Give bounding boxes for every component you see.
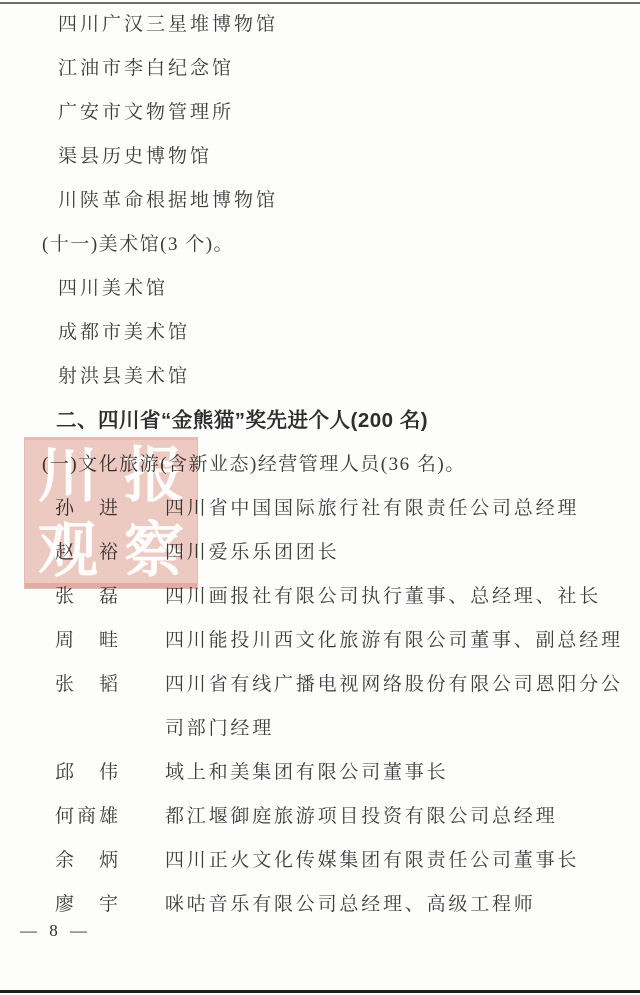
person-position: 四川能投川西文化旅游有限公司董事、副总经理 (165, 619, 640, 663)
person-name: 何商雄 (55, 795, 165, 839)
bottom-rule (0, 990, 640, 993)
seal-char: 观 (38, 521, 98, 581)
person-name: 余 炳 (55, 839, 165, 883)
museum-list-item: 四川广汉三星堆博物馆 (0, 3, 640, 47)
page-number: — 8 — (20, 921, 91, 941)
person-position: 咪咕音乐有限公司总经理、高级工程师 (165, 883, 640, 927)
person-row: 张 韬 四川省有线广播电视网络股份有限公司恩阳分公司部门经理 (0, 663, 640, 751)
museum-list-item: 川陕革命根据地博物馆 (0, 179, 640, 223)
museum-list-item: 广安市文物管理所 (0, 91, 640, 135)
person-row: 邱 伟 域上和美集团有限公司董事长 (0, 751, 640, 795)
person-position: 四川爱乐乐团团长 (165, 531, 640, 575)
art-museum-list-item: 射洪县美术馆 (0, 355, 640, 399)
person-position: 四川画报社有限公司执行董事、总经理、社长 (165, 575, 640, 619)
person-position: 都江堰御庭旅游项目投资有限公司总经理 (165, 795, 640, 839)
seal-char: 川 (38, 446, 98, 506)
person-row: 周 畦 四川能投川西文化旅游有限公司董事、副总经理 (0, 619, 640, 663)
art-museum-list-item: 成都市美术馆 (0, 311, 640, 355)
person-position: 四川省中国国际旅行社有限责任公司总经理 (165, 487, 640, 531)
person-row: 余 炳 四川正火文化传媒集团有限责任公司董事长 (0, 839, 640, 883)
person-name: 周 畦 (55, 619, 165, 663)
person-name: 张 韬 (55, 663, 165, 751)
museum-list-item: 江油市李白纪念馆 (0, 47, 640, 91)
person-row: 何商雄 都江堰御庭旅游项目投资有限公司总经理 (0, 795, 640, 839)
art-museum-list-item: 四川美术馆 (0, 267, 640, 311)
person-position: 域上和美集团有限公司董事长 (165, 751, 640, 795)
museum-list-item: 渠县历史博物馆 (0, 135, 640, 179)
seal-char: 报 (124, 446, 184, 506)
person-name: 邱 伟 (55, 751, 165, 795)
person-position: 四川正火文化传媒集团有限责任公司董事长 (165, 839, 640, 883)
document-page: 四川广汉三星堆博物馆 江油市李白纪念馆 广安市文物管理所 渠县历史博物馆 川陕革… (0, 0, 640, 995)
person-row: 廖 宇 咪咕音乐有限公司总经理、高级工程师 (0, 883, 640, 927)
seal-char: 察 (124, 521, 184, 581)
subsection-heading-art-museums: (十一)美术馆(3 个)。 (0, 223, 640, 267)
watermark-seal: 川 报 观 察 (24, 437, 198, 589)
person-position: 四川省有线广播电视网络股份有限公司恩阳分公司部门经理 (165, 663, 640, 751)
